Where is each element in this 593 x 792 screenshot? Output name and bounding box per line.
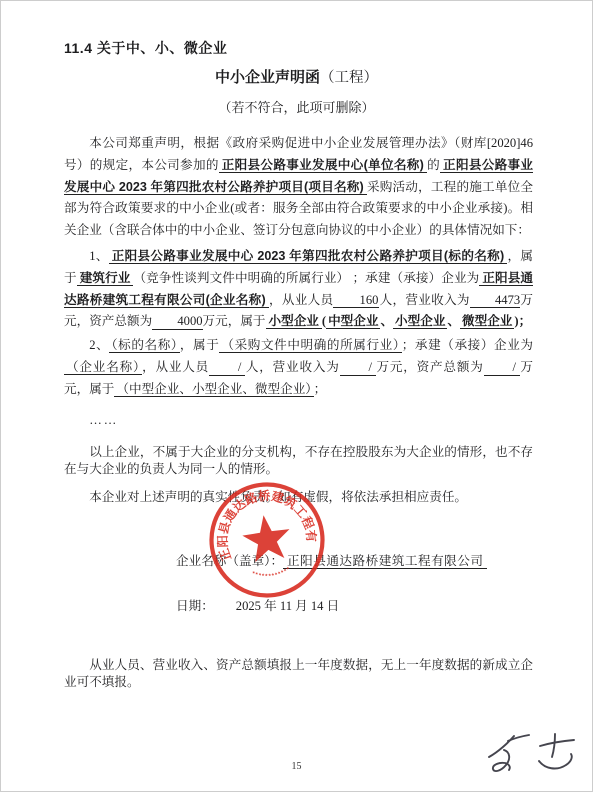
declaration-text: 的 bbox=[427, 158, 440, 172]
item-1-revenue: 4473 bbox=[470, 294, 520, 309]
item-2-paragraph: 2、（标的名称），属于（采购文件中明确的所属行业）；承建（承接）企业为（企业名称… bbox=[64, 335, 533, 400]
document-body: 本公司郑重声明，根据《政府采购促进中小企业发展管理办法》（财库[2020]46号… bbox=[64, 133, 533, 506]
document-subtitle: （若不符合，此项可删除） bbox=[1, 97, 592, 116]
item-2-industry-blank: （采购文件中明确的所属行业） bbox=[219, 338, 401, 353]
svg-text:************: ************ bbox=[250, 566, 293, 583]
item-2-company-blank: （企业名称） bbox=[64, 360, 142, 375]
item-1-number: 1、 bbox=[89, 249, 109, 263]
date-label: 日期： bbox=[176, 599, 214, 613]
page-number: 15 bbox=[1, 761, 592, 772]
company-seal: 正阳县通达路桥建筑工程有限公司 ************ bbox=[197, 470, 337, 610]
seal-serial-marks: ************ bbox=[250, 566, 293, 583]
item-1-paragraph: 1、正阳县公路事业发展中心 2023 年第四批农村公路养护项目(标的名称)，属于… bbox=[64, 246, 533, 333]
footnote-paragraph: 从业人员、营业收入、资产总额填报上一年度数据，无上一年度数据的新成立企业可不填报… bbox=[64, 657, 533, 690]
document-title: 中小企业声明函（工程） bbox=[1, 66, 592, 87]
item-2-number: 2、 bbox=[89, 338, 109, 352]
item-1-enterprise-size: 小型企业 bbox=[266, 314, 322, 329]
document-page: 11.4 关于中、小、微企业 中小企业声明函（工程） （若不符合，此项可删除） … bbox=[0, 0, 593, 792]
size-option-small: 小型企业 bbox=[393, 314, 447, 329]
item-2-staff-blank: / bbox=[209, 361, 245, 376]
item-2-subject-blank: （标的名称） bbox=[109, 338, 180, 353]
size-option-medium: 中型企业 bbox=[326, 314, 380, 329]
item-2-size-options: （中型企业、小型企业、微型企业） bbox=[114, 382, 313, 397]
item-2-assets-blank: / bbox=[484, 361, 520, 376]
item-1-staff-count: 160 bbox=[333, 294, 379, 309]
seal-star-icon bbox=[240, 512, 293, 563]
document-title-main: 中小企业声明函 bbox=[215, 69, 320, 86]
item-1-subject-name: 正阳县公路事业发展中心 2023 年第四批农村公路养护项目(标的名称) bbox=[109, 249, 508, 264]
document-title-note: （工程） bbox=[320, 70, 378, 86]
size-option-micro: 微型企业 bbox=[460, 314, 514, 329]
item-1-industry: 建筑行业 bbox=[77, 271, 134, 286]
item-1-assets: 4000 bbox=[152, 315, 202, 330]
ellipsis-line: …… bbox=[64, 410, 533, 432]
item-2-revenue-blank: / bbox=[340, 361, 376, 376]
section-heading: 11.4 关于中、小、微企业 bbox=[64, 38, 227, 58]
declaration-paragraph: 本公司郑重声明，根据《政府采购促进中小企业发展管理办法》（财库[2020]46号… bbox=[64, 133, 533, 242]
signature-stroke bbox=[540, 740, 574, 746]
handwritten-signature bbox=[484, 729, 580, 785]
purchaser-unit-name: 正阳县公路事业发展中心(单位名称) bbox=[219, 158, 427, 173]
signature-stroke bbox=[552, 734, 555, 757]
